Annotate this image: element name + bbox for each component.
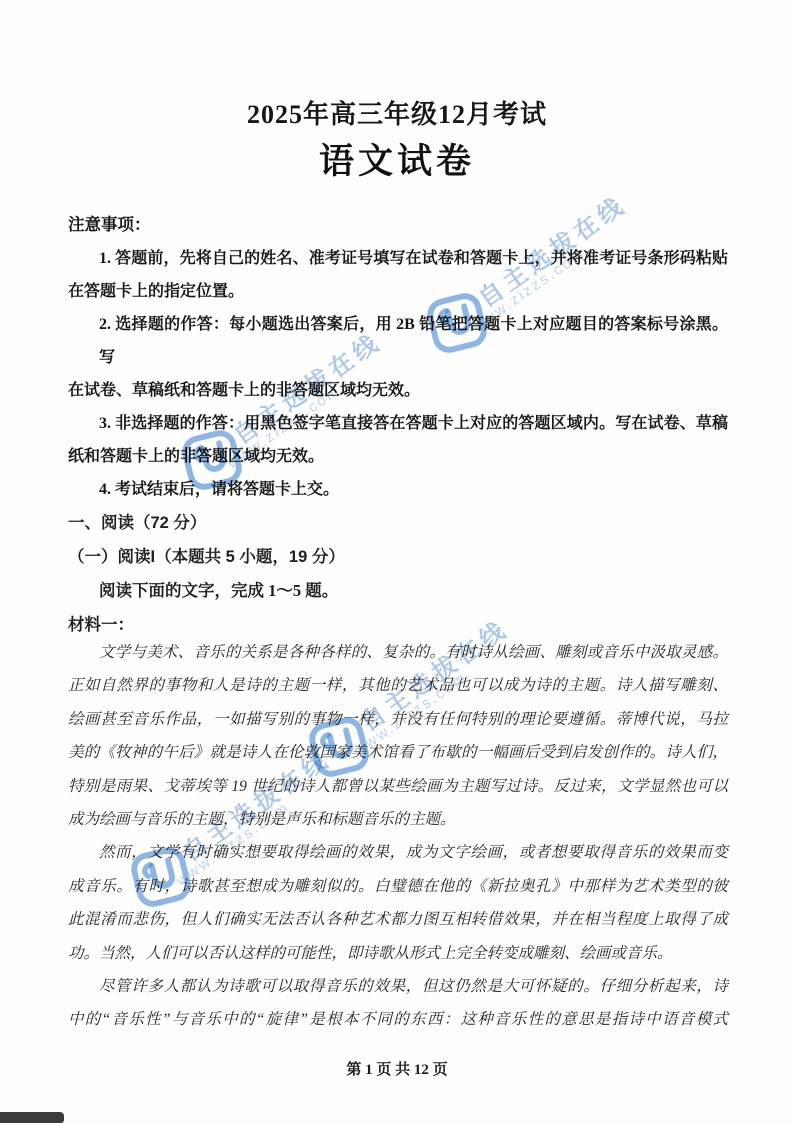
notice-item-4: 4. 考试结束后，请将答题卡上交。 xyxy=(68,473,728,506)
paper-title: 语文试卷 xyxy=(0,134,794,184)
passage-p1-line: 绘画甚至音乐作品，一如描写别的事物一样，并没有任何特别的理论要遵循。蒂博代说，马… xyxy=(68,703,728,736)
passage-p2-line: 成音乐。有时，诗歌甚至想成为雕刻似的。白璧德在他的《新拉奥孔》中那样为艺术类型的… xyxy=(68,870,728,903)
passage-p1-line: 文学与美术、音乐的关系是各种各样的、复杂的。有时诗从绘画、雕刻或音乐中汲取灵感。 xyxy=(68,636,728,669)
scan-smudge xyxy=(0,1112,64,1123)
page-number: 第 1 页 共 12 页 xyxy=(0,1058,794,1079)
section-1-subheading: （一）阅读I（本题共 5 小题，19 分） xyxy=(68,540,728,574)
notice-item-2-line-1: 2. 选择题的作答：每小题选出答案后，用 2B 铅笔把答题卡上对应题目的答案标号… xyxy=(68,308,728,374)
exam-title: 2025年高三年级12月考试 xyxy=(0,94,794,131)
reading-passage: 文学与美术、音乐的关系是各种各样的、复杂的。有时诗从绘画、雕刻或音乐中汲取灵感。… xyxy=(68,636,728,1037)
passage-p2-line: 功。当然，人们可以否认这样的可能性，即诗歌从形式上完全转变成雕刻、绘画或音乐。 xyxy=(68,937,728,970)
passage-p3-line: 中的“音乐性”与音乐中的“旋律”是根本不同的东西：这种音乐性的意思是指诗中语音模… xyxy=(68,1003,728,1036)
reading-instruction: 阅读下面的文字，完成 1～5 题。 xyxy=(68,574,728,608)
passage-p3-line: 尽管许多人都认为诗歌可以取得音乐的效果，但这仍然是大可怀疑的。仔细分析起来，诗 xyxy=(68,970,728,1003)
section-headings: 一、阅读（72 分） （一）阅读I（本题共 5 小题，19 分） 阅读下面的文字… xyxy=(68,506,728,642)
passage-p1-line: 成为绘画与音乐的主题，特别是声乐和标题音乐的主题。 xyxy=(68,803,728,836)
passage-p1-line: 美的《牧神的午后》就是诗人在伦敦国家美术馆看了布歇的一幅画后受到启发创作的。诗人… xyxy=(68,736,728,769)
passage-p1-line: 正如自然界的事物和人是诗的主题一样，其他的艺术品也可以成为诗的主题。诗人描写雕刻… xyxy=(68,669,728,702)
notice-item-1-line-2: 在答题卡上的指定位置。 xyxy=(68,275,728,308)
notice-item-3-line-2: 纸和答题卡上的非答题区域均无效。 xyxy=(68,440,728,473)
passage-p2-line: 然而，文学有时确实想要取得绘画的效果，成为文字绘画，或者想要取得音乐的效果而变 xyxy=(68,836,728,869)
notice-heading: 注意事项： xyxy=(68,209,728,242)
exam-paper-page: 2025年高三年级12月考试 语文试卷 注意事项： 1. 答题前，先将自己的姓名… xyxy=(0,0,794,1123)
passage-p2-line: 此混淆而悲伤，但人们确实无法否认各种艺术都力图互相转借效果，并在相当程度上取得了… xyxy=(68,903,728,936)
notice-item-3-line-1: 3. 非选择题的作答：用黑色签字笔直接答在答题卡上对应的答题区域内。写在试卷、草… xyxy=(68,407,728,440)
passage-p1-line: 特别是雨果、戈蒂埃等 19 世纪的诗人都曾以某些绘画为主题写过诗。反过来，文学显… xyxy=(68,770,728,803)
notice-item-2-line-2: 在试卷、草稿纸和答题卡上的非答题区域均无效。 xyxy=(68,374,728,407)
section-1-heading: 一、阅读（72 分） xyxy=(68,506,728,540)
notice-section: 注意事项： 1. 答题前，先将自己的姓名、准考证号填写在试卷和答题卡上，并将准考… xyxy=(68,209,728,506)
notice-item-1-line-1: 1. 答题前，先将自己的姓名、准考证号填写在试卷和答题卡上，并将准考证号条形码粘… xyxy=(68,242,728,275)
